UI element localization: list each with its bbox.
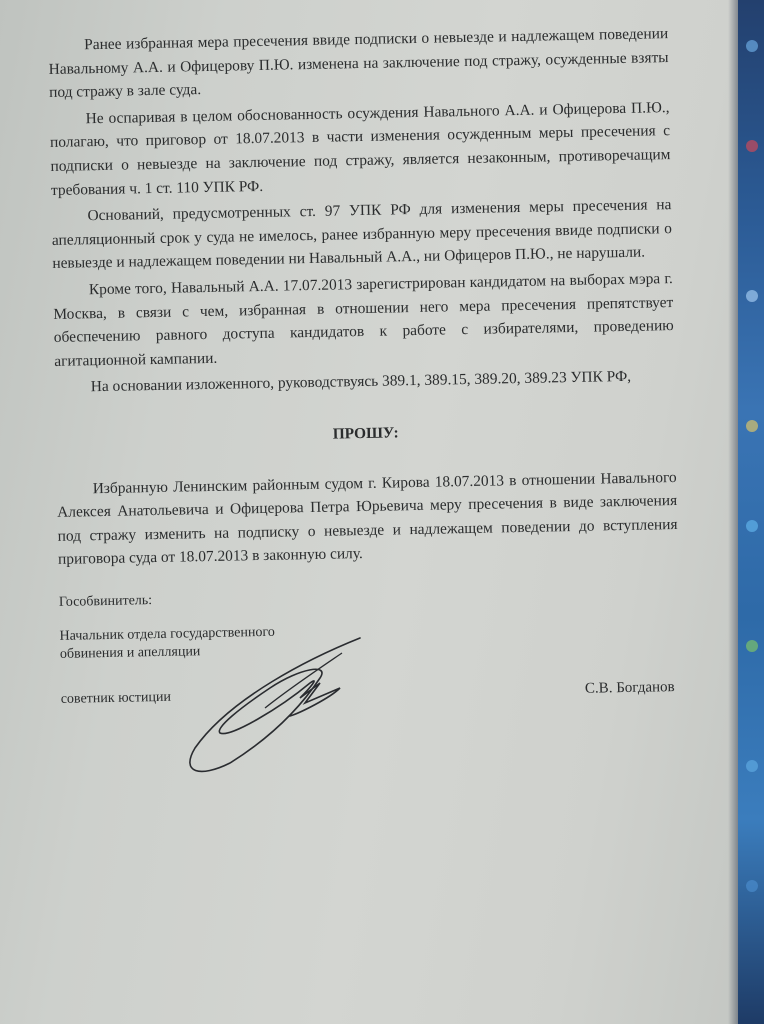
signatory-name: С.В. Богданов [585,676,675,701]
document-page: Ранее избранная мера пресечения ввиде по… [0,0,738,1024]
paragraph-1: Ранее избранная мера пресечения ввиде по… [48,22,669,105]
paragraph-4: Кроме того, Навальный А.А. 17.07.2013 за… [53,267,675,373]
request-paragraph: Избранную Ленинским районным судом г. Ки… [57,466,679,572]
paragraph-2: Не оспаривая в целом обоснованность осуж… [49,96,671,202]
signature-row: советник юстиции С.В. Богданов [61,676,681,711]
page-edge-shadow [728,0,738,1024]
signature-rank: советник юстиции [61,686,172,712]
document-body: Ранее избранная мера пресечения ввиде по… [48,22,681,711]
request-heading: ПРОШУ: [56,416,676,451]
book-spine-background [738,0,764,1024]
signature-role: Гособвинитель: [59,582,679,612]
handwritten-signature-icon [170,628,370,778]
paragraph-3: Оснований, предусмотренных ст. 97 УПК РФ… [51,193,672,276]
